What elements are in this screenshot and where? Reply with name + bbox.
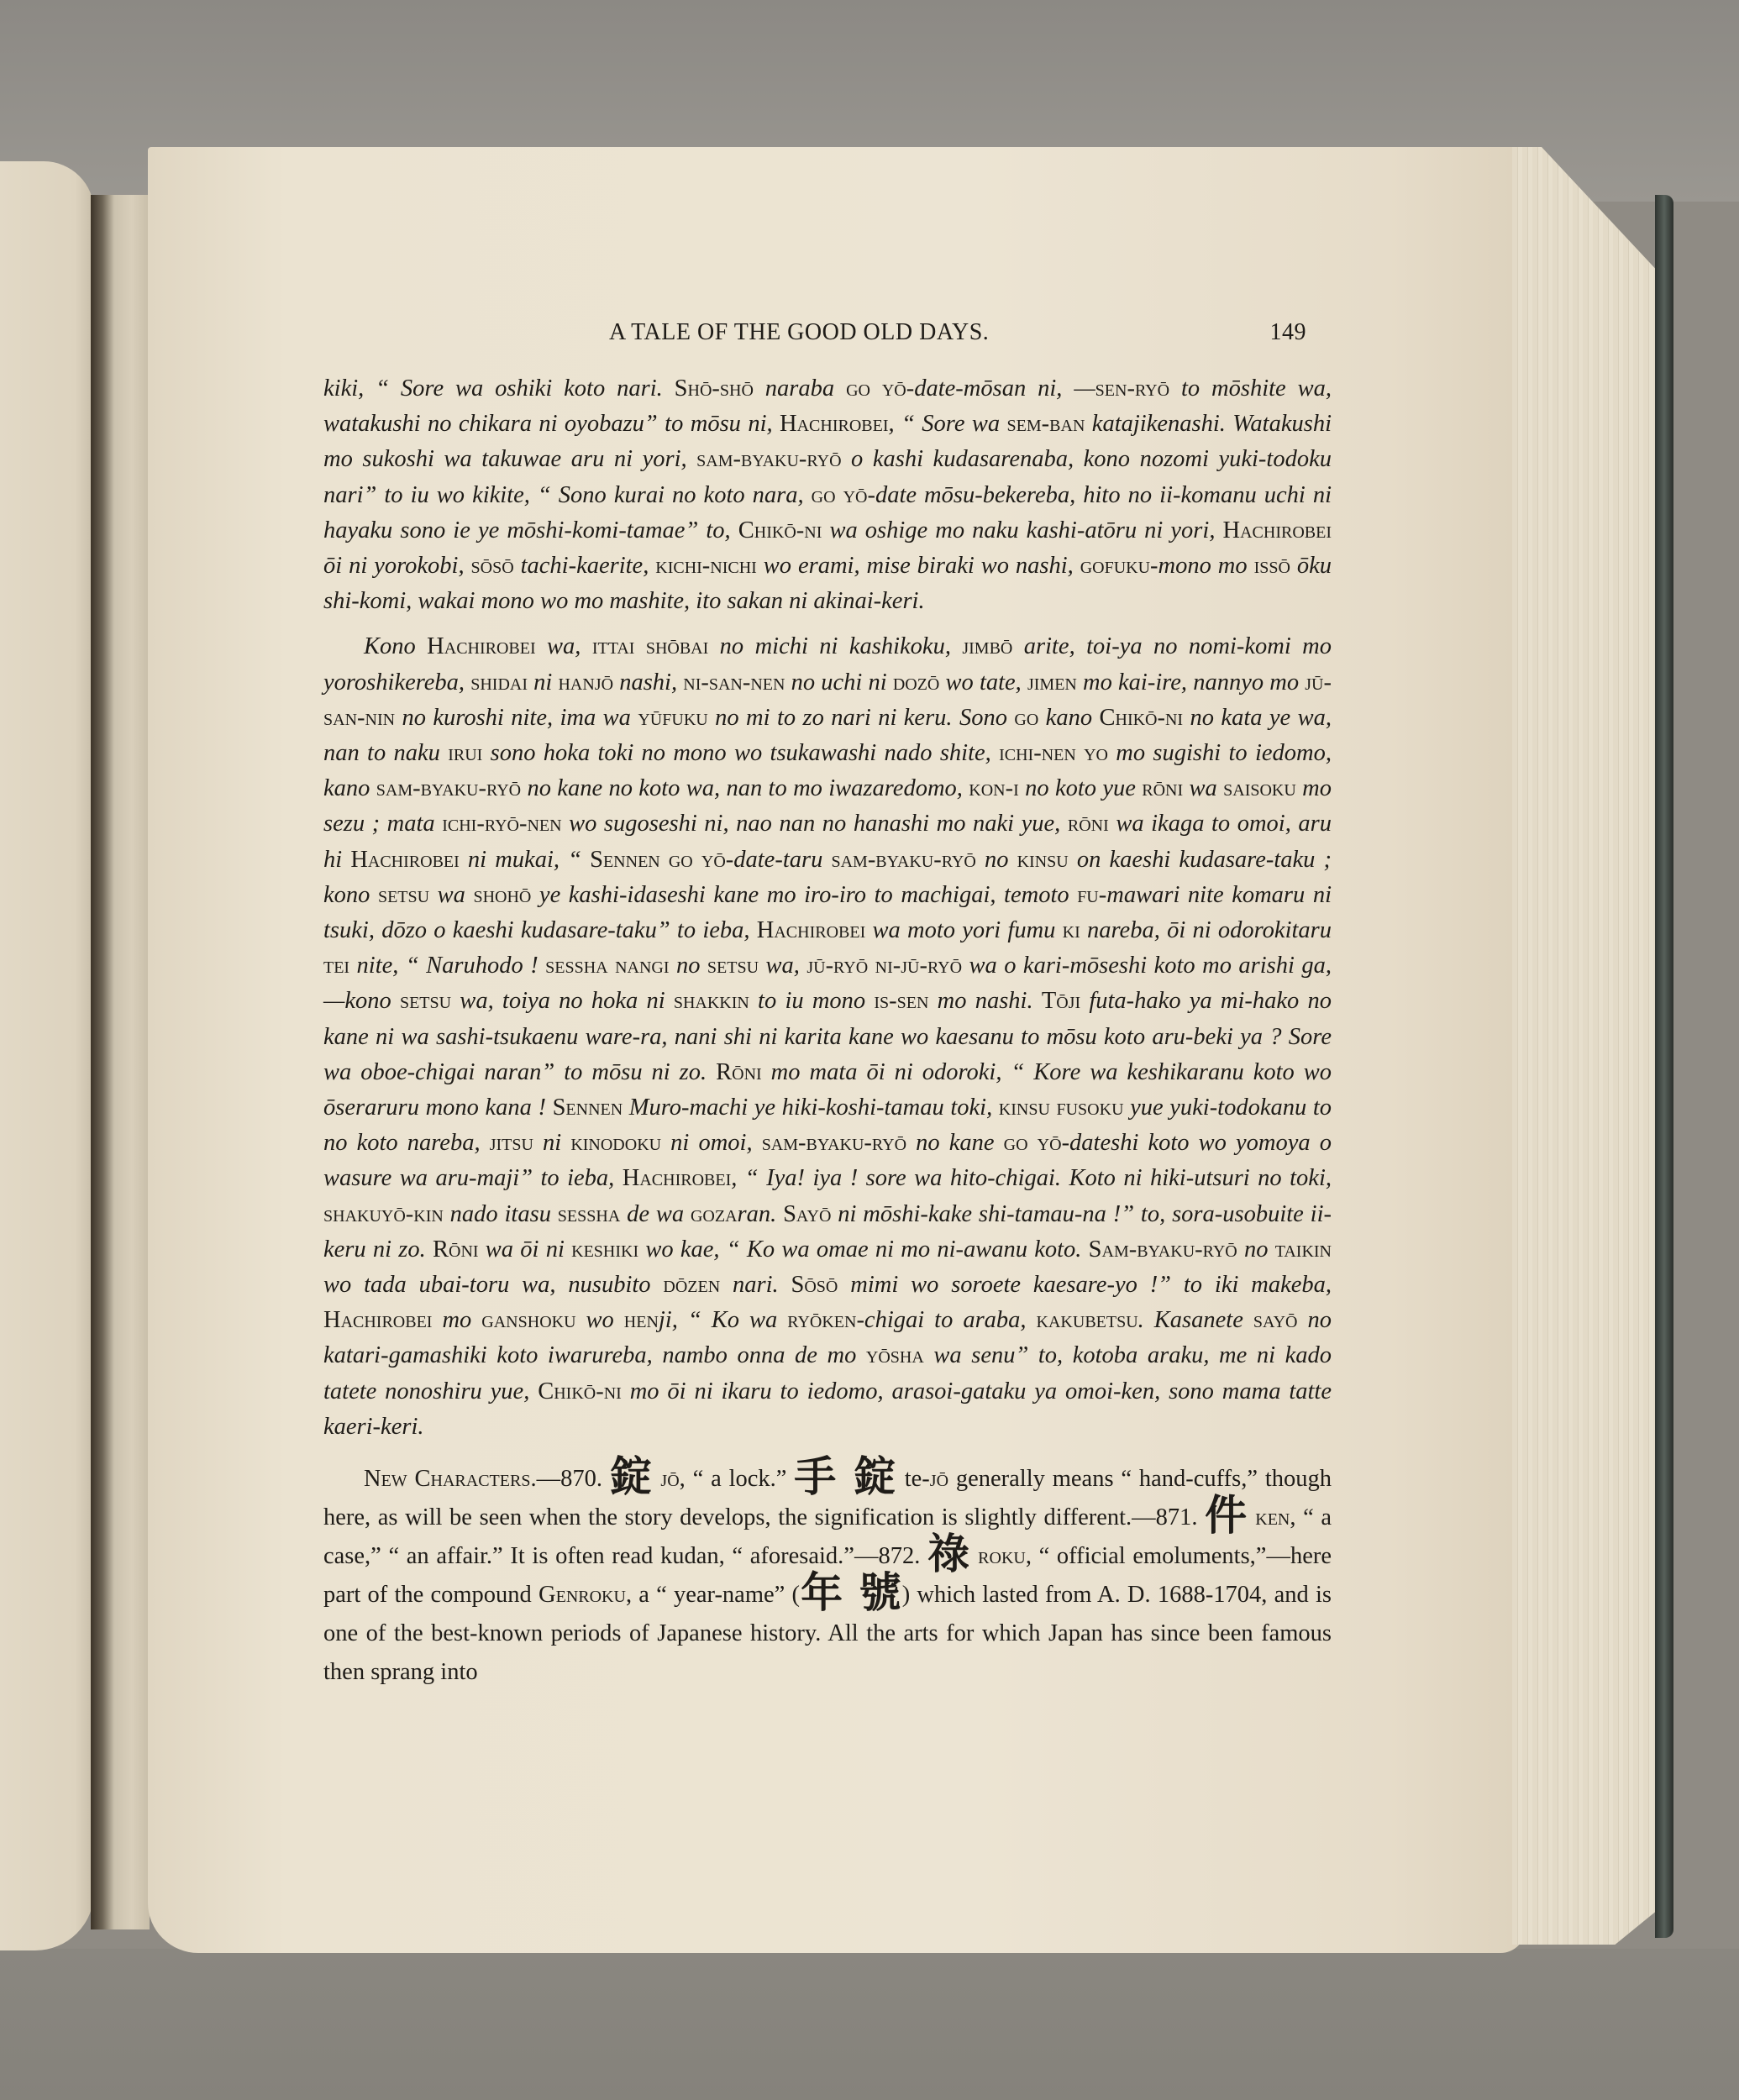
italic-text: -date-mōsan ni, — (906, 375, 1095, 402)
small-caps-term: is-sen (874, 988, 928, 1014)
italic-text: sono hoka toki no mono wo tsukawashi nad… (482, 740, 999, 766)
italic-text: mimi wo soroete kaesare-yo !” to iki mak… (838, 1272, 1332, 1298)
paragraph: kiki, “ Sore wa oshiki koto nari. Shō-sh… (323, 371, 1332, 619)
small-caps-term: yūfuku (638, 705, 707, 731)
small-caps-term: Sennen go yō (590, 847, 726, 873)
small-caps-term: saisoku (1223, 775, 1296, 801)
small-caps-term: Hachirobei (1223, 517, 1332, 543)
small-caps-term: Rōni (433, 1236, 479, 1263)
italic-text: wa oshige mo naku kashi-atōru ni yori, (822, 517, 1222, 543)
small-caps-term: sessha (558, 1201, 620, 1227)
italic-text: nite, “ Naruhodo ! (349, 953, 545, 979)
roman-text: .—870. (530, 1466, 609, 1492)
italic-text: ye kashi-idaseshi kane mo iro-iro to mac… (531, 882, 1077, 908)
small-caps-term: Shō-shō (675, 375, 754, 402)
small-caps-term: Hachirobei (757, 917, 865, 943)
small-caps-term: rōni (1068, 811, 1109, 837)
small-caps-term: gofuku (1080, 553, 1150, 579)
italic-text: wo sugoseshi ni, nao nan no hanashi mo n… (562, 811, 1068, 837)
italic-text: wo erami, mise biraki wo nashi, (757, 553, 1080, 579)
small-caps-term: Hachirobei (350, 847, 459, 873)
book-gutter (91, 195, 150, 1929)
italic-text: ni mukai, “ (460, 847, 590, 873)
italic-text: to iu mono (749, 988, 875, 1014)
small-caps-term: ichi-nen yo (999, 740, 1108, 766)
small-caps-term: Sennen (553, 1095, 623, 1121)
italic-text: no uchi ni (785, 669, 892, 696)
small-caps-term: rōni (1142, 775, 1183, 801)
small-caps-term: kon-i (969, 775, 1018, 801)
small-caps-term: setsu (400, 988, 451, 1014)
small-caps-term: sam-byaku-ryō (376, 775, 521, 801)
italic-text: kiki, “ Sore wa oshiki koto nari. (323, 375, 675, 402)
italic-text: , “ Sore wa (889, 411, 1007, 437)
small-caps-term: kinodoku (570, 1130, 661, 1156)
italic-text: wa moto yori fumu (865, 917, 1062, 943)
small-caps-term: Sōsō (791, 1272, 838, 1298)
small-caps-term: taikin (1275, 1236, 1332, 1263)
small-caps-term: dozō (893, 669, 940, 696)
small-caps-term: kakubetsu (1037, 1307, 1138, 1333)
italic-text: wa, toiya no hoka ni (451, 988, 674, 1014)
italic-text: -date-taru (726, 847, 832, 873)
italic-text: wo kae, “ Ko wa omae ni mo ni-awanu koto… (638, 1236, 1089, 1263)
page-content: A TALE OF THE GOOD OLD DAYS. 149 kiki, “… (323, 319, 1332, 1692)
small-caps-term: jimbō (962, 633, 1012, 659)
running-head: A TALE OF THE GOOD OLD DAYS. 149 (323, 319, 1332, 363)
small-caps-term: Hachirobei (780, 411, 888, 437)
small-caps-term: ken (1255, 1504, 1290, 1530)
small-caps-term: Hachirobei (323, 1307, 432, 1333)
kanji-character: 祿 (927, 1530, 971, 1578)
small-caps-term: Hachirobei (427, 633, 535, 659)
book-cover-edge (1655, 195, 1673, 1938)
roman-text (971, 1543, 979, 1569)
small-caps-term: shidai (470, 669, 528, 696)
kanji-character: 件 (1205, 1491, 1248, 1540)
left-page-edge (0, 161, 94, 1950)
italic-text: no michi ni kashikoku, (708, 633, 962, 659)
italic-text: ran. (738, 1201, 784, 1227)
italic-text: -mono mo (1150, 553, 1254, 579)
small-caps-term: Chikō-ni (538, 1378, 622, 1404)
small-caps-term: ittai shōbai (592, 633, 708, 659)
small-caps-term: hanjō (558, 669, 613, 696)
small-caps-term: sōsō (471, 553, 514, 579)
italic-text: wa (1183, 775, 1223, 801)
small-caps-term: jō (930, 1466, 948, 1492)
italic-text: de wa (620, 1201, 691, 1227)
italic-text: nashi, (613, 669, 683, 696)
italic-text: Kono (364, 633, 427, 659)
italic-text: tachi-kaerite, (514, 553, 656, 579)
small-caps-term: hen (624, 1307, 659, 1333)
italic-text: -chigai to araba, (856, 1307, 1036, 1333)
small-caps-term: kinsu fusoku (999, 1095, 1124, 1121)
italic-text: mo nashi. (928, 988, 1041, 1014)
small-caps-term: kichi-nichi (655, 553, 757, 579)
small-caps-term: sam-byaku-ryō (831, 847, 975, 873)
italic-text: te- (897, 1466, 930, 1492)
page-edges-stack (1512, 147, 1659, 1945)
italic-text: ji, “ Ko wa (659, 1307, 787, 1333)
small-caps-term: shohō (473, 882, 531, 908)
kanji-character: 錠 (610, 1452, 654, 1501)
italic-text: no (670, 953, 707, 979)
small-caps-term: ichi-ryō-nen (442, 811, 561, 837)
body-text: kiki, “ Sore wa oshiki koto nari. Shō-sh… (323, 371, 1332, 1445)
small-caps-term: sayō (1253, 1307, 1298, 1333)
italic-text: wa (429, 882, 473, 908)
small-caps-term: ganshoku (481, 1307, 575, 1333)
italic-text: kudan (660, 1543, 719, 1569)
background-bottom (0, 1949, 1739, 2100)
italic-text: wo (576, 1307, 624, 1333)
small-caps-term: Tōji (1042, 988, 1080, 1014)
italic-text: wo tate, (939, 669, 1027, 696)
italic-text: no (976, 847, 1017, 873)
italic-text: ni (533, 1130, 570, 1156)
italic-text: ni (528, 669, 558, 696)
roman-text: , “ a lock.” (680, 1466, 795, 1492)
small-caps-term: jū-ryō ni-jū-ryō (806, 953, 962, 979)
small-caps-term: Genroku (539, 1582, 626, 1608)
italic-text: no (1237, 1236, 1275, 1263)
italic-text: no kane no koto wa, nan to mo iwazaredom… (521, 775, 969, 801)
italic-text: Muro-machi ye hiki-koshi-tamau toki, (623, 1095, 999, 1121)
small-caps-term: Chikō-ni (738, 517, 822, 543)
italic-text: nareba, ōi ni odorokitaru (1080, 917, 1332, 943)
italic-text: ni omoi, (661, 1130, 762, 1156)
small-caps-term: shakkin (674, 988, 749, 1014)
new-characters-note: New Characters.—870. 錠 jō, “ a lock.” 手 … (323, 1460, 1332, 1692)
small-caps-term: New Characters (364, 1466, 530, 1492)
roman-text (1248, 1504, 1256, 1530)
small-caps-term: jō (660, 1466, 679, 1492)
italic-text: no kane (906, 1130, 1004, 1156)
small-caps-term: go yō (812, 482, 868, 508)
small-caps-term: sen-ryō (1095, 375, 1169, 402)
small-caps-term: issō (1254, 553, 1290, 579)
small-caps-term: ki (1063, 917, 1080, 943)
small-caps-term: irui (448, 740, 482, 766)
italic-text: mo kai-ire, nannyo mo (1077, 669, 1305, 696)
roman-text: , “ aforesaid.”—872. (719, 1543, 927, 1569)
small-caps-term: tei (323, 953, 349, 979)
small-caps-term: Hachirobei (623, 1165, 731, 1191)
italic-text: wa ōi ni (479, 1236, 572, 1263)
italic-text: naraba (754, 375, 846, 402)
italic-text: wa, (536, 633, 592, 659)
italic-text: ōi ni yorokobi, (323, 553, 471, 579)
italic-text: mo (432, 1307, 481, 1333)
small-caps-term: keshiki (571, 1236, 638, 1263)
small-caps-term: go yō (1004, 1130, 1062, 1156)
small-caps-term: kinsu (1017, 847, 1069, 873)
small-caps-term: go yō (846, 375, 906, 402)
italic-text: wo tada ubai-toru wa, nusubito (323, 1272, 663, 1298)
small-caps-term: sem-ban (1007, 411, 1085, 437)
kanji-character: 手 錠 (794, 1452, 897, 1501)
italic-text: . Kasanete (1138, 1307, 1253, 1333)
paragraph: Kono Hachirobei wa, ittai shōbai no mich… (323, 629, 1332, 1445)
small-caps-term: sessha nangi (545, 953, 669, 979)
small-caps-term: jimen (1027, 669, 1077, 696)
small-caps-term: yōsha (866, 1342, 924, 1368)
italic-text: no koto yue (1019, 775, 1143, 801)
roman-text: , a “ year-name” ( (626, 1582, 800, 1608)
italic-text: nado itasu (444, 1201, 558, 1227)
small-caps-term: Sayō (783, 1201, 831, 1227)
small-caps-term: setsu (378, 882, 429, 908)
small-caps-term: dōzen (663, 1272, 720, 1298)
small-caps-term: ryōken (787, 1307, 856, 1333)
small-caps-term: Rōni (716, 1059, 762, 1085)
kanji-character: 年 號 (800, 1568, 902, 1617)
small-caps-term: go (1014, 705, 1038, 731)
italic-text: kano (1038, 705, 1099, 731)
small-caps-term: fu (1077, 882, 1099, 908)
small-caps-term: ni-san-nen (683, 669, 785, 696)
small-caps-term: goza (691, 1201, 738, 1227)
italic-text: no kuroshi nite, ima wa (395, 705, 638, 731)
small-caps-term: sam-byaku-ryō (762, 1130, 906, 1156)
small-caps-term: setsu (707, 953, 759, 979)
running-head-title: A TALE OF THE GOOD OLD DAYS. (609, 319, 989, 346)
italic-text: , “ Iya! iya ! sore wa hito-chigai. Koto… (731, 1165, 1332, 1191)
italic-text: no mi to zo nari ni keru. Sono (708, 705, 1015, 731)
small-caps-term: shakuyō-kin (323, 1201, 444, 1227)
italic-text: nari. (720, 1272, 791, 1298)
italic-text: wa, (759, 953, 806, 979)
small-caps-term: jitsu (490, 1130, 533, 1156)
small-caps-term: Chikō-ni (1100, 705, 1184, 731)
small-caps-term: Sam-byaku-ryō (1089, 1236, 1237, 1263)
small-caps-term: sam-byaku-ryō (696, 446, 841, 472)
page-number: 149 (1270, 319, 1307, 346)
small-caps-term: roku (978, 1543, 1026, 1569)
